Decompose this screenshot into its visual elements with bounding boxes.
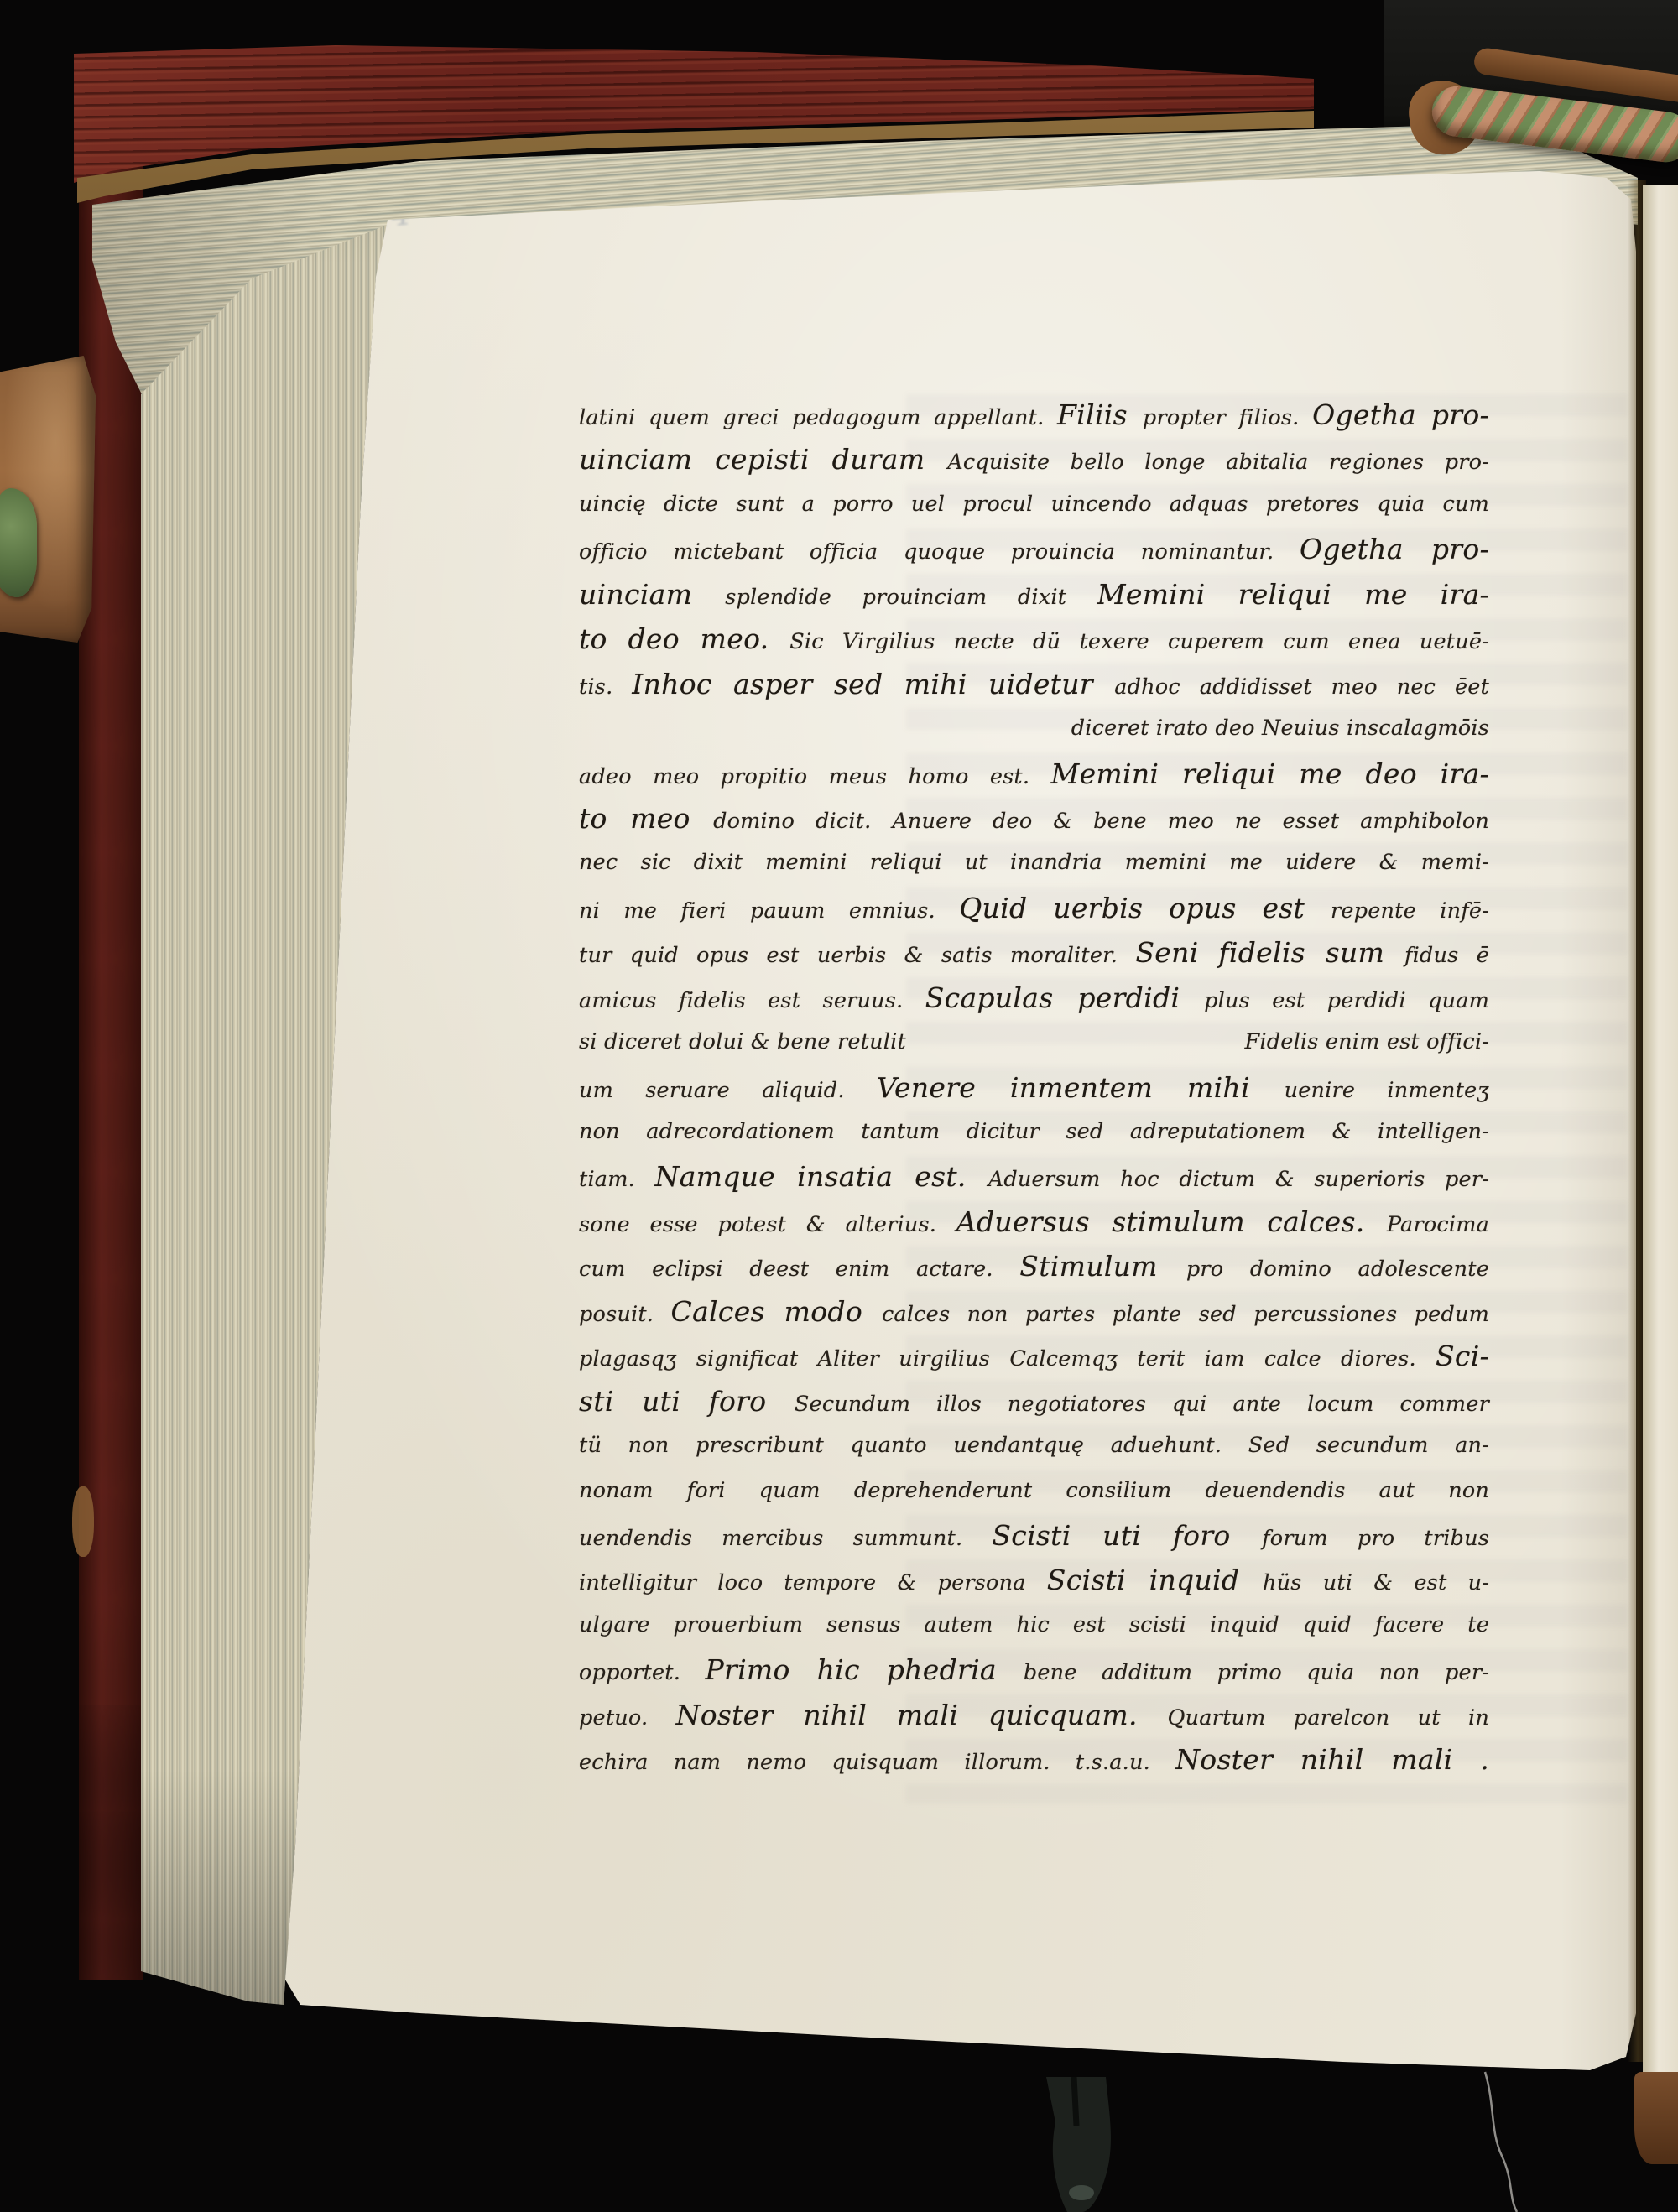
gloss-text: tiam.	[579, 1167, 655, 1192]
text-line: nec sic dixit memini reliqui ut inandria…	[579, 841, 1489, 885]
gloss-text: non adrecordationem tantum dicitur sed a…	[579, 1119, 1489, 1144]
lemma-text: Filiis	[1057, 398, 1143, 431]
gloss-text: nonam fori quam deprehenderunt consilium…	[579, 1478, 1489, 1503]
gloss-text: sone esse potest & alterius.	[579, 1212, 956, 1237]
gloss-text: nec sic dixit memini reliqui ut inandria…	[579, 850, 1489, 875]
text-line: tü non prescribunt quanto uendantquę adu…	[579, 1423, 1489, 1468]
tail-leather	[1634, 2072, 1678, 2164]
text-line: uinciam splendide prouinciam dixit Memin…	[579, 572, 1489, 617]
lemma-text: Stimulum	[1019, 1250, 1186, 1283]
text-line: petuo. Noster nihil mali quicquam. Quart…	[579, 1693, 1489, 1737]
facing-page-sliver	[1643, 185, 1678, 2107]
text-line: uinciam cepisti duram Acquisite bello lo…	[579, 437, 1489, 481]
gloss-text: tis.	[579, 674, 632, 700]
text-line: cum eclipsi deest enim actare. Stimulum …	[579, 1244, 1489, 1288]
gloss-text: Secundum illos negotiatores qui ante loc…	[795, 1392, 1489, 1417]
gloss-text: Aduersum hoc dictum & superioris per-	[988, 1167, 1489, 1192]
gloss-text: Fidelis enim est offici-	[1245, 1020, 1490, 1064]
gloss-text: ulgare prouerbium sensus autem hic est s…	[579, 1612, 1489, 1637]
gloss-text: posuit.	[579, 1302, 671, 1327]
lemma-text: Inhoc asper sed mihi uidetur	[632, 668, 1114, 700]
text-line: uincię dicte sunt a porro uel procul uin…	[579, 482, 1489, 527]
gloss-text: adhoc addidisset meo nec ēet	[1114, 674, 1489, 700]
text-line: sti uti foro Secundum illos negotiatores…	[579, 1379, 1489, 1423]
gloss-text: tur quid opus est uerbis & satis moralit…	[579, 943, 1135, 968]
text-line: opportet. Primo hic phedria bene additum…	[579, 1647, 1489, 1692]
text-block: latini quem greci pedagogum appellant. F…	[579, 393, 1489, 1783]
lemma-text: Namque insatia est.	[655, 1160, 988, 1193]
gloss-text: fidus ē	[1404, 943, 1489, 968]
lemma-text: Scisti uti foro	[992, 1519, 1262, 1552]
text-line: officio mictebant officia quoque prouinc…	[579, 527, 1489, 571]
gloss-text: hüs uti & est u-	[1263, 1570, 1489, 1595]
left-leather-blob	[72, 1486, 94, 1557]
gloss-text: tü non prescribunt quanto uendantquę adu…	[579, 1433, 1489, 1458]
lemma-text: Noster nihil mali .	[1175, 1743, 1489, 1776]
lemma-text: Venere inmentem mihi	[877, 1071, 1285, 1104]
conservation-thread	[1485, 2072, 1517, 2212]
bottom-clip-highlight	[1069, 2185, 1094, 2200]
gloss-text: Quartum parelcon ut in	[1168, 1705, 1489, 1731]
gloss-text: echira nam nemo quisquam illorum. t.s.a.…	[579, 1750, 1175, 1775]
gloss-text: amicus fidelis est seruus.	[579, 988, 925, 1013]
gloss-text: pro domino adolescente	[1186, 1257, 1489, 1282]
text-line: intelligitur loco tempore & persona Scis…	[579, 1558, 1489, 1602]
lemma-text: Noster nihil mali quicquam.	[676, 1699, 1168, 1731]
gloss-text: Sic Virgilius necte dü texere cuperem cu…	[789, 629, 1489, 654]
lemma-text: Scisti inquid	[1047, 1564, 1263, 1596]
gloss-text: si diceret dolui & bene retulit	[579, 1020, 906, 1064]
lemma-text: Quid uerbis opus est	[959, 892, 1331, 924]
text-line: nonam fori quam deprehenderunt consilium…	[579, 1469, 1489, 1513]
lemma-text: Memini reliqui me deo ira-	[1050, 757, 1489, 790]
text-line: si diceret dolui & bene retulitFidelis e…	[579, 1020, 1489, 1064]
bottom-clip	[1046, 2077, 1111, 2212]
lemma-text: uinciam	[579, 578, 725, 611]
text-line: sone esse potest & alterius. Aduersus st…	[579, 1200, 1489, 1244]
lemma-text: Calces modo	[671, 1295, 882, 1328]
gloss-text: plus est perdidi quam	[1204, 988, 1489, 1013]
gloss-text: opportet.	[579, 1660, 706, 1685]
lemma-text: sti uti foro	[579, 1385, 795, 1418]
gloss-text: repente infē-	[1331, 898, 1489, 924]
gloss-text: splendide prouinciam dixit	[725, 585, 1097, 610]
text-line: tiam. Namque insatia est. Aduersum hoc d…	[579, 1154, 1489, 1199]
text-line: echira nam nemo quisquam illorum. t.s.a.…	[579, 1737, 1489, 1782]
lemma-text: uinciam cepisti duram	[579, 443, 947, 476]
photo-background: 14 latini quem greci pedagogum appellant…	[0, 0, 1678, 2212]
gloss-text: um seruare aliquid.	[579, 1078, 877, 1103]
lemma-text: Sci-	[1436, 1340, 1489, 1372]
gloss-text: officio mictebant officia quoque prouinc…	[579, 539, 1300, 565]
gloss-text: cum eclipsi deest enim actare.	[579, 1257, 1019, 1282]
text-line: ni me fieri pauum emnius. Quid uerbis op…	[579, 886, 1489, 930]
text-line: um seruare aliquid. Venere inmentem mihi…	[579, 1065, 1489, 1110]
lemma-text: Scapulas perdidi	[925, 981, 1204, 1014]
gloss-text: ni me fieri pauum emnius.	[579, 898, 959, 924]
gloss-text: forum pro tribus	[1262, 1526, 1489, 1551]
lemma-text: Ogetha pro-	[1300, 533, 1489, 565]
text-line: diceret irato deo Neuius inscalagmōis	[579, 706, 1489, 751]
gloss-text: calces non partes plante sed percussione…	[882, 1302, 1489, 1327]
text-line: amicus fidelis est seruus. Scapulas perd…	[579, 976, 1489, 1020]
text-line: tur quid opus est uerbis & satis moralit…	[579, 930, 1489, 975]
gloss-text: plagasqʒ significat Aliter uirgilius Cal…	[579, 1346, 1436, 1371]
lemma-text: Seni fidelis sum	[1135, 936, 1404, 969]
gloss-text: latini quem greci pedagogum appellant.	[579, 405, 1057, 430]
gloss-text: petuo.	[579, 1705, 676, 1731]
gloss-text: Parocima	[1387, 1212, 1489, 1237]
text-line: non adrecordationem tantum dicitur sed a…	[579, 1110, 1489, 1154]
lemma-text: to deo meo.	[579, 622, 789, 655]
text-line: to deo meo. Sic Virgilius necte dü texer…	[579, 617, 1489, 661]
text-line: posuit. Calces modo calces non partes pl…	[579, 1289, 1489, 1334]
lemma-text: Primo hic phedria	[706, 1653, 1024, 1686]
lemma-text: Aduersus stimulum calces.	[956, 1205, 1387, 1238]
lemma-text: to meo	[579, 802, 713, 835]
gloss-text: intelligitur loco tempore & persona	[579, 1570, 1047, 1595]
text-line: to meo domino dicit. Anuere deo & bene m…	[579, 796, 1489, 841]
lemma-text: Memini reliqui me ira-	[1097, 578, 1489, 611]
gloss-text: domino dicit. Anuere deo & bene meo ne e…	[713, 809, 1489, 834]
gloss-text: uendendis mercibus summunt.	[579, 1526, 992, 1551]
gloss-text: Acquisite bello longe abitalia regiones …	[947, 450, 1489, 475]
gloss-text: uenire inmenteʒ	[1285, 1078, 1489, 1103]
text-line: plagasqʒ significat Aliter uirgilius Cal…	[579, 1334, 1489, 1378]
gloss-text: propter filios.	[1143, 405, 1312, 430]
bottom-clip-notch	[1074, 2077, 1076, 2126]
gloss-text: adeo meo propitio meus homo est.	[579, 764, 1050, 789]
gloss-text: diceret irato deo Neuius inscalagmōis	[1071, 706, 1489, 751]
gloss-text: uincię dicte sunt a porro uel procul uin…	[579, 492, 1489, 517]
text-line: latini quem greci pedagogum appellant. F…	[579, 393, 1489, 437]
text-line: ulgare prouerbium sensus autem hic est s…	[579, 1603, 1489, 1647]
text-line: uendendis mercibus summunt. Scisti uti f…	[579, 1513, 1489, 1558]
text-line: tis. Inhoc asper sed mihi uidetur adhoc …	[579, 662, 1489, 706]
clasp-ornament	[0, 488, 37, 597]
gloss-text: bene additum primo quia non per-	[1024, 1660, 1489, 1685]
lemma-text: Ogetha pro-	[1312, 398, 1489, 431]
text-line: adeo meo propitio meus homo est. Memini …	[579, 752, 1489, 796]
